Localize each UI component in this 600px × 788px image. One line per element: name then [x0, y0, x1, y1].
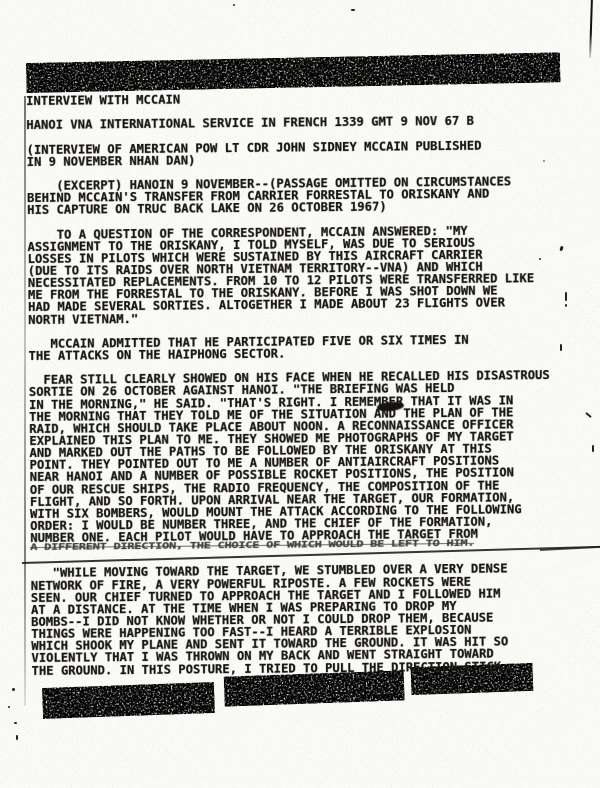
- ink-speck: [12, 688, 15, 691]
- ink-speck: [233, 4, 235, 6]
- ink-speck: [560, 344, 562, 351]
- redaction-band-bottom: [42, 671, 534, 719]
- redaction-segment: [224, 670, 405, 706]
- ink-speck: [592, 445, 594, 452]
- ink-speck: [539, 258, 541, 260]
- scanned-document-page: INTERVIEW WITH MCCAIN HANOI VNA INTERNAT…: [0, 0, 600, 788]
- document-text: INTERVIEW WITH MCCAIN HANOI VNA INTERNAT…: [26, 90, 598, 677]
- ink-speck: [8, 706, 10, 708]
- ink-speck: [14, 722, 17, 724]
- ink-speck: [351, 9, 355, 11]
- redaction-segment: [42, 682, 215, 719]
- scan-scratch-line: [589, 0, 593, 58]
- left-margin-line: [24, 96, 26, 706]
- ink-speck: [543, 160, 545, 162]
- ink-speck: [16, 735, 18, 740]
- ink-speck: [565, 292, 567, 301]
